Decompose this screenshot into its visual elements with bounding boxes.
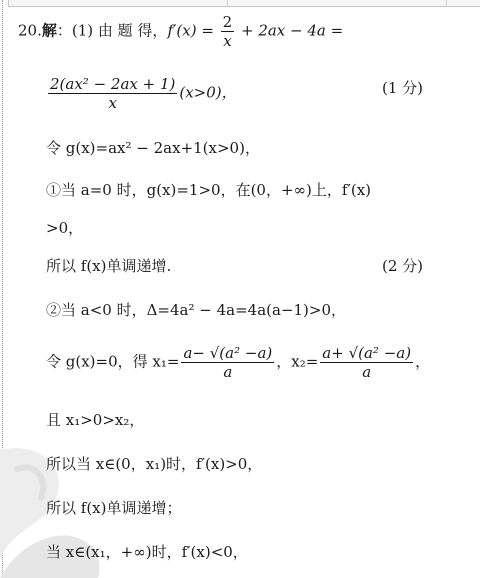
math-expr: + 2ax − 4a = (236, 22, 343, 40)
line-9: 且 x₁>0>x₂， (46, 410, 144, 430)
line-3: 令 g(x)=ax² − 2ax+1(x>0)， (46, 138, 260, 158)
line-10: 所以当 x∈(0，x₁)时，f′(x)>0， (46, 454, 262, 474)
line-7: ②当 a<0 时，Δ=4a² − 4a=4a(a−1)>0， (46, 300, 346, 320)
score-label: (2 分) (382, 256, 423, 276)
fraction: 2(ax² − 2ax + 1)x (48, 75, 177, 112)
table-divider (446, 0, 447, 6)
line-1: 20.解：(1) 由 题 得，f′(x) = 2x + 2ax − 4a = (18, 13, 343, 50)
fraction: a− √(a² −a)a (181, 344, 274, 381)
left-dotted-border (2, 0, 3, 578)
fraction: 2x (221, 13, 235, 50)
line-5: >0， (46, 218, 83, 238)
line-4: ①当 a=0 时，g(x)=1>0，在(0，+∞)上，f′(x) (46, 180, 371, 200)
line-11: 所以 f(x)单调递增； (46, 498, 181, 518)
problem-number: 20. (18, 22, 42, 40)
line-text: ， (415, 353, 430, 371)
fraction: a+ √(a² −a)a (320, 344, 413, 381)
math-expr: f′(x) = (167, 22, 218, 40)
solution-label: 解 (42, 22, 57, 40)
line-2: 2(ax² − 2ax + 1)x(x>0)， (46, 75, 237, 112)
table-divider (227, 0, 228, 6)
line-12: 当 x∈(x₁，+∞)时，f′(x)<0， (46, 542, 248, 562)
line-6: 所以 f(x)单调递增. (46, 256, 171, 276)
document-page: 20.解：(1) 由 题 得，f′(x) = 2x + 2ax − 4a = 2… (0, 0, 480, 578)
math-expr: (x>0)， (179, 84, 236, 102)
score-label: (1 分) (382, 78, 423, 98)
top-table-border (8, 0, 480, 7)
line-text: ：(1) 由 题 得， (57, 22, 168, 40)
line-text: ，x₂= (276, 353, 318, 371)
line-8: 令 g(x)=0，得 x₁=a− √(a² −a)a，x₂=a+ √(a² −a… (46, 344, 430, 381)
line-text: 令 g(x)=0，得 x₁= (46, 353, 179, 371)
